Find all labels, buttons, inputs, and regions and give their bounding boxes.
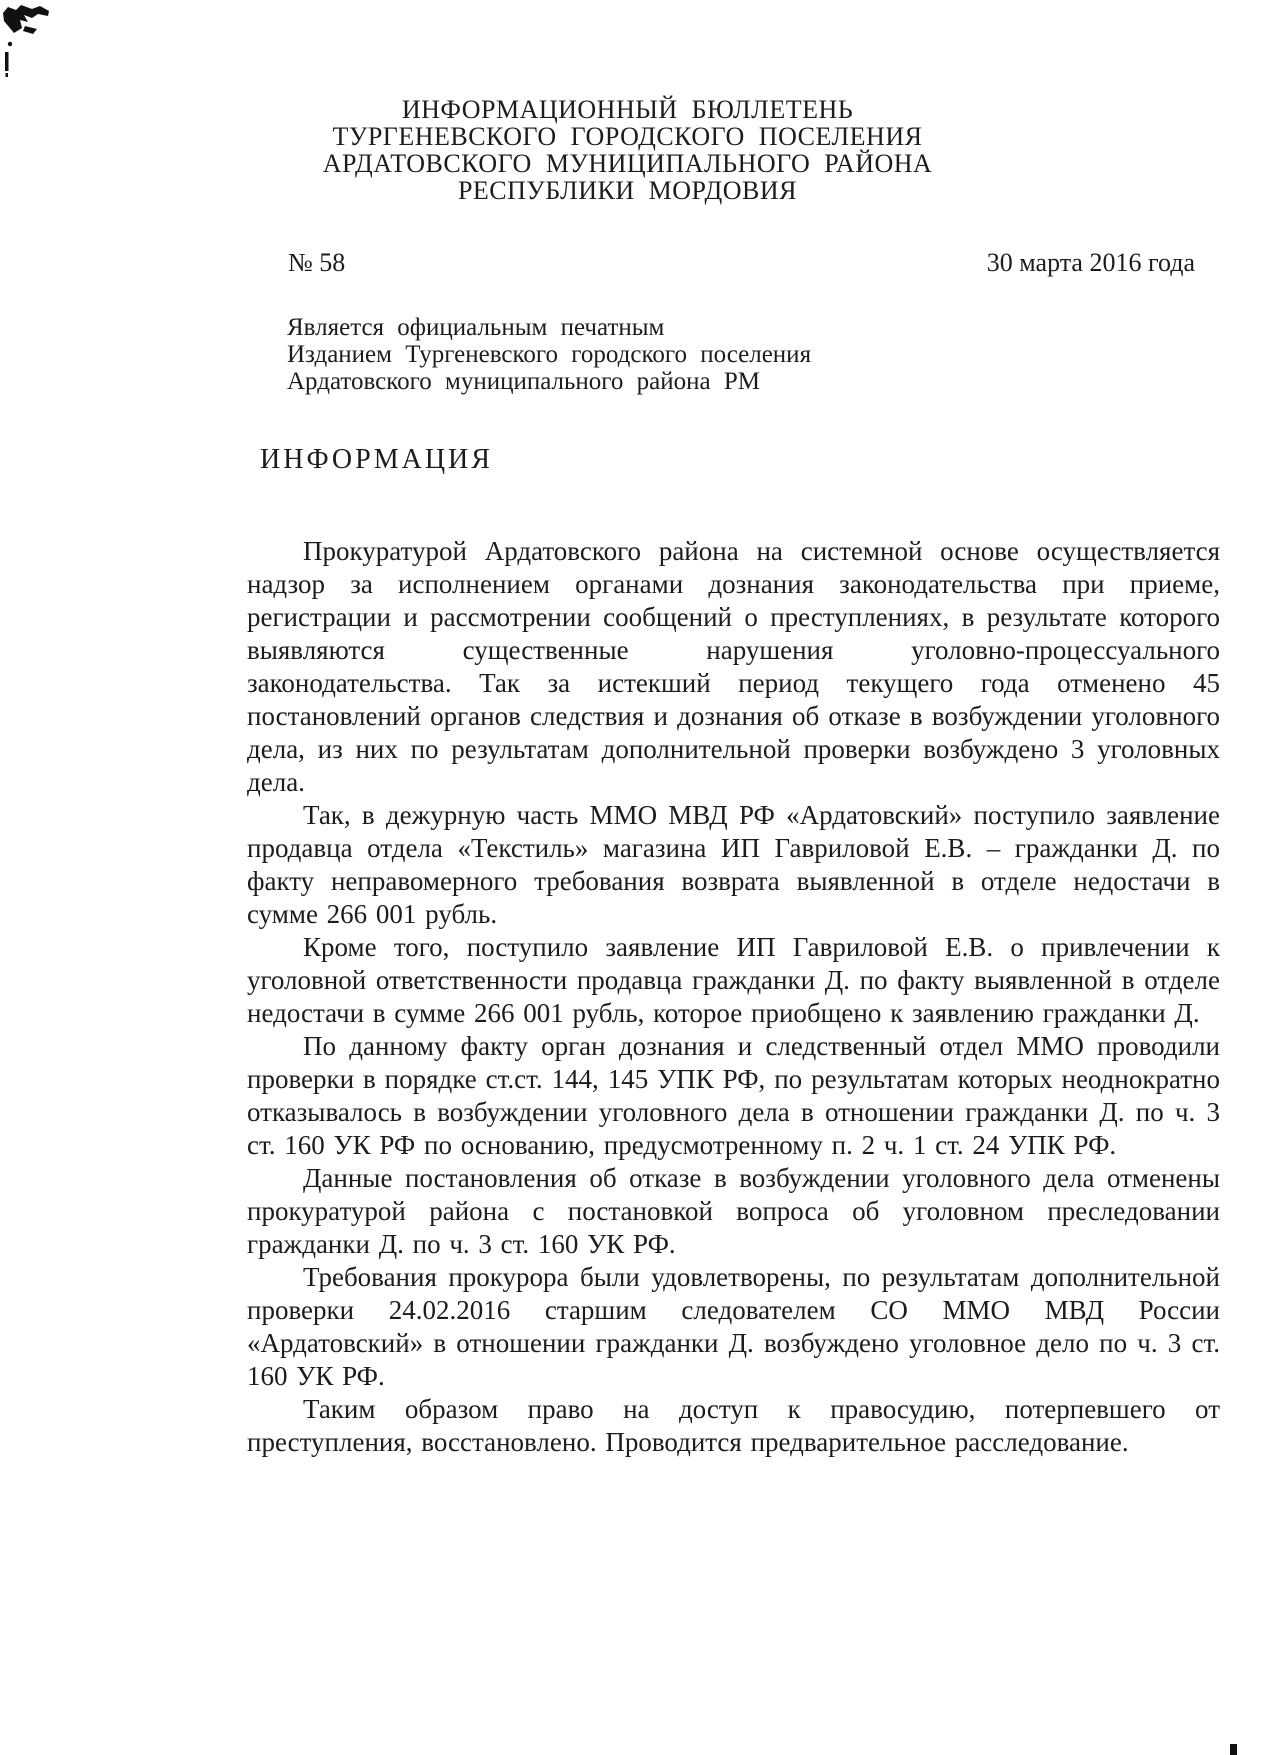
- publisher-note: Является официальным печатным Изданием Т…: [287, 314, 811, 395]
- scan-artifact-bottom-right: [1230, 1744, 1237, 1755]
- publisher-line-3: Ардатовского муниципального района РМ: [287, 368, 811, 395]
- bulletin-header: ИНФОРМАЦИОННЫЙ БЮЛЛЕТЕНЬ ТУРГЕНЕВСКОГО Г…: [0, 96, 1255, 204]
- paragraph-case-opened: Требования прокурора были удовлетворены,…: [247, 1261, 1220, 1393]
- header-line-1: ИНФОРМАЦИОННЫЙ БЮЛЛЕТЕНЬ: [0, 96, 1255, 123]
- header-line-2: ТУРГЕНЕВСКОГО ГОРОДСКОГО ПОСЕЛЕНИЯ: [0, 123, 1255, 150]
- section-title: ИНФОРМАЦИЯ: [260, 444, 493, 476]
- paragraph-report-gavrilova: Кроме того, поступило заявление ИП Гаври…: [247, 931, 1220, 1030]
- header-line-4: РЕСПУБЛИКИ МОРДОВИЯ: [0, 177, 1255, 204]
- paragraph-report-seller: Так, в дежурную часть ММО МВД РФ «Ардато…: [247, 799, 1220, 931]
- paragraph-conclusion: Таким образом право на доступ к правосуд…: [247, 1393, 1220, 1459]
- article-body: Прокуратурой Ардатовского района на сист…: [247, 535, 1220, 1459]
- paragraph-supervision: Прокуратурой Ардатовского района на сист…: [247, 535, 1220, 799]
- issue-date: 30 марта 2016 года: [987, 248, 1195, 278]
- scan-artifact-top-left: [2, 3, 62, 83]
- publisher-line-2: Изданием Тургеневского городского поселе…: [287, 341, 811, 368]
- issue-meta-row: № 58 30 марта 2016 года: [288, 248, 1195, 278]
- paragraph-checks: По данному факту орган дознания и следст…: [247, 1030, 1220, 1162]
- header-line-3: АРДАТОВСКОГО МУНИЦИПАЛЬНОГО РАЙОНА: [0, 150, 1255, 177]
- publisher-line-1: Является официальным печатным: [287, 314, 811, 341]
- paragraph-decisions-cancelled: Данные постановления об отказе в возбужд…: [247, 1162, 1220, 1261]
- document-page: ИНФОРМАЦИОННЫЙ БЮЛЛЕТЕНЬ ТУРГЕНЕВСКОГО Г…: [0, 0, 1275, 1755]
- issue-number: № 58: [288, 248, 345, 278]
